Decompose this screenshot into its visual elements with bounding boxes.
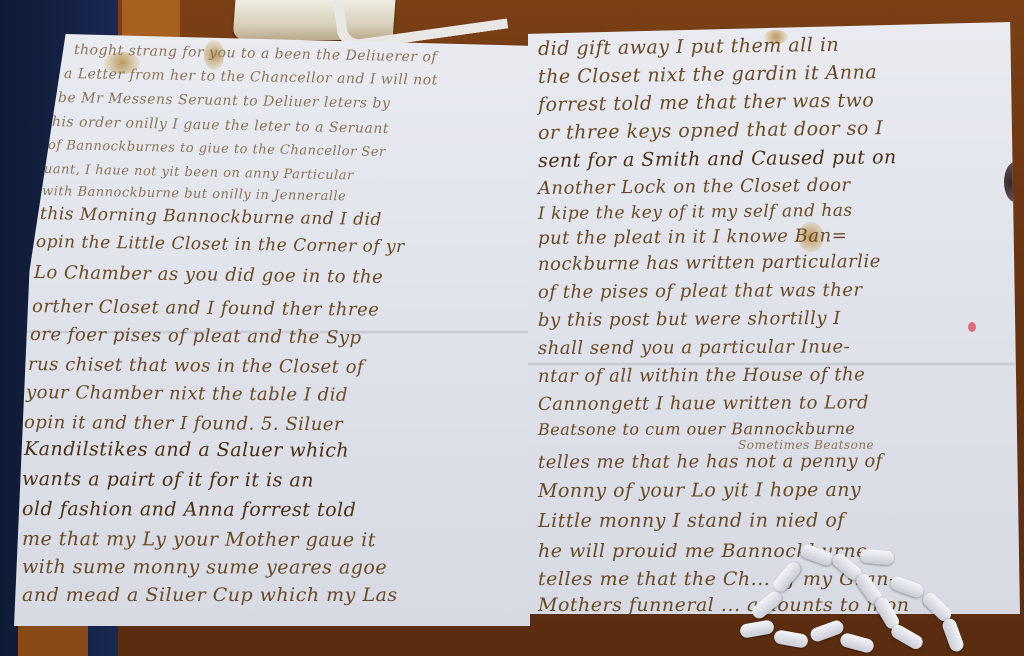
text-line: Monny of your Lo yit I hope any [538,479,861,502]
text-line: a Letter from her to the Chancellor and … [64,66,438,89]
wood-strip-bottom [18,626,88,656]
bead [859,549,894,566]
text-line: Little monny I stand in nied of [538,509,845,532]
text-line: sent for a Smith and Caused put on [538,146,897,172]
text-line: me that my Ly your Mother gaue it [22,528,376,551]
text-line: and mead a Siluer Cup which my Las [22,584,398,606]
text-line: with sume monny sume yeares agoe [22,556,387,579]
text-line: Another Lock on the Closet door [538,175,851,199]
bead [771,559,804,594]
bead [941,617,966,654]
text-line: with Bannockburne but onilly in Jenneral… [42,184,347,204]
left-page-lines: thoght strang for you to a been the Deli… [14,34,530,626]
bead [889,622,925,651]
text-line: be Mr Messens Seruant to Deliuer leters … [58,90,391,112]
text-line: this Morning Bannockburne and I did [40,204,382,230]
text-line: nockburne has written particularlie [538,251,881,275]
left-page: thoght strang for you to a been the Deli… [14,34,530,626]
bead [749,589,784,622]
text-line: rus chiset that wos in the Closet of [28,354,364,378]
text-line: I kipe the key of it my self and has [538,201,853,224]
text-line: of the pises of pleat that was ther [538,280,863,303]
bead [799,543,836,568]
text-line: ntar of all within the House of the [538,364,865,387]
bead [839,632,875,654]
text-line: opin the Little Closet in the Corner of … [36,232,405,257]
text-line: or three keys opned that door so I [538,117,884,144]
text-line: your Chamber nixt the table I did [26,382,348,406]
text-line: thoght strang for you to a been the Deli… [74,42,437,66]
text-line: by this post but were shortilly I [538,308,841,331]
text-line: his order onilly I gaue the leter to a S… [52,114,389,137]
text-line: the Closet nixt the gardin it Anna [538,61,877,88]
text-line: old fashion and Anna forrest told [22,498,356,521]
text-line: wants a pairt of it for it is an [22,468,314,492]
text-line: Lo Chamber as you did goe in to the [34,262,384,288]
text-line: shall send you a particular Inue- [538,336,850,359]
text-line: put the pleat in it I knowe Ban= [538,225,847,249]
text-line: opin it and ther I found. 5. Siluer [24,412,343,435]
text-line: forrest told me that ther was two [538,89,875,116]
text-line: Cannongett I haue written to Lord [538,392,869,415]
beaded-weight [740,540,980,656]
text-line: Kandilstikes and a Saluer which [24,438,349,462]
text-line: uant, I haue not yit been on anny Partic… [44,162,354,183]
text-line: ore foer pises of pleat and the Syp [30,324,362,348]
bead [889,575,926,600]
bead [739,619,775,639]
text-line: Beatsone to cum ouer Bannockburne [538,419,855,439]
handwritten-letter: thoght strang for you to a been the Deli… [14,22,1020,628]
text-line: of Bannockburnes to giue to the Chancell… [48,138,386,160]
photo-scene: thoght strang for you to a been the Deli… [0,0,1024,656]
text-line: telles me that he has not a penny of [538,451,883,473]
right-page: did gift away I put them all in the Clos… [528,22,1020,614]
right-page-lines: did gift away I put them all in the Clos… [528,22,1020,614]
text-line: orther Closet and I found ther three [32,296,380,321]
interlinear-note: Sometimes Beatsone [738,438,874,452]
bead [773,629,809,649]
text-line: did gift away I put them all in [538,34,839,60]
